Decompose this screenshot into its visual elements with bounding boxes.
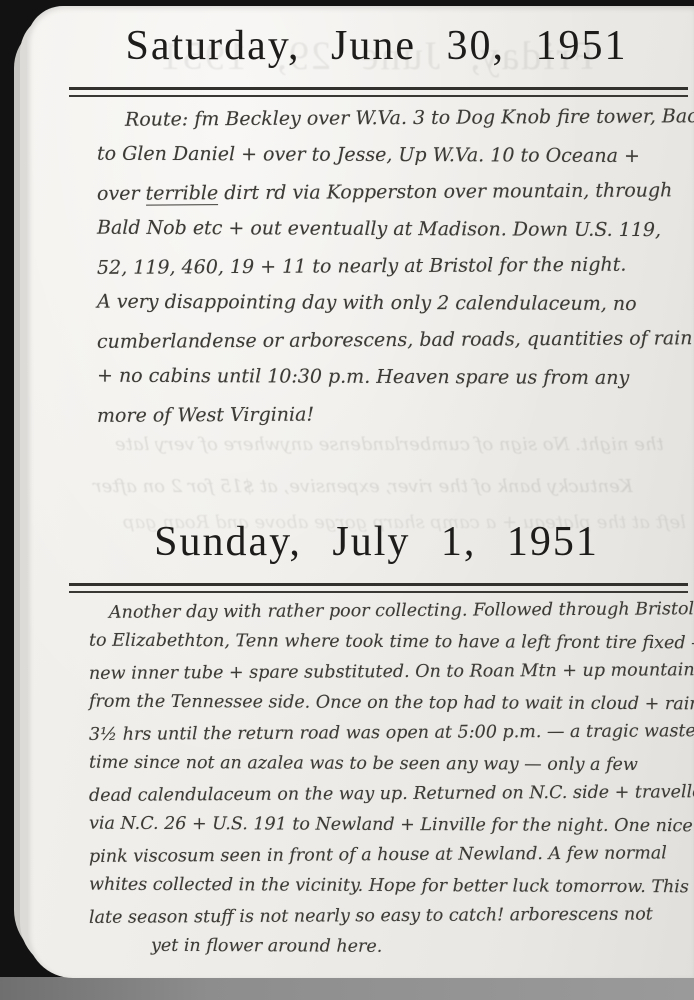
entry-title-sunday: Sunday, July 1, 1951 — [67, 518, 686, 566]
handwriting-line: over terrible dirt rd via Kopperston ove… — [97, 172, 694, 213]
handwriting-line: late season stuff is not nearly so easy … — [89, 899, 694, 933]
handwriting-line: more of West Virginia! — [97, 394, 694, 435]
entry-body-saturday: Route: fm Beckley over W.Va. 3 to Dog Kn… — [97, 100, 694, 433]
handwriting-line: cumberlandense or arborescens, bad roads… — [97, 320, 694, 361]
handwriting-line: via N.C. 26 + U.S. 191 to Newland + Linv… — [89, 808, 694, 841]
entry-body-sunday: Another day with rather poor collecting.… — [89, 596, 694, 962]
handwriting-line: + no cabins until 10:30 p.m. Heaven spar… — [97, 358, 694, 398]
handwriting-line: to Glen Daniel + over to Jesse, Up W.Va.… — [97, 136, 694, 176]
handwriting-line: time since not an azalea was to be seen … — [89, 747, 694, 780]
bleedthrough-line: the night. No sign of cumberlandense any… — [115, 434, 664, 455]
handwriting-line: pink viscosum seen in front of a house a… — [89, 838, 694, 872]
handwriting-line: Route: fm Beckley over W.Va. 3 to Dog Kn… — [97, 98, 694, 139]
double-rule — [69, 87, 688, 97]
handwriting-line: Bald Nob etc + out eventually at Madison… — [97, 210, 694, 250]
handwriting-line: 3½ hrs until the return road was open at… — [89, 716, 694, 750]
handwriting-line: yet in flower around here. — [151, 930, 694, 963]
entry-title-saturday: Saturday, June 30, 1951 — [67, 22, 686, 70]
diary-page: Friday, June 29, 1951 the night. No sign… — [27, 6, 694, 978]
handwriting-line: 52, 119, 460, 19 + 11 to nearly at Brist… — [97, 246, 694, 287]
table-surface — [0, 977, 694, 1000]
scanned-diary-photo: Friday, June 29, 1951 the night. No sign… — [0, 0, 694, 1000]
underlined-word: terrible — [145, 182, 218, 205]
handwriting-line: from the Tennessee side. Once on the top… — [89, 686, 694, 719]
handwriting-line: A very disappointing day with only 2 cal… — [97, 284, 694, 324]
double-rule — [69, 583, 688, 593]
handwriting-line: to Elizabethton, Tenn where took time to… — [89, 625, 694, 658]
bleedthrough-line: Kentucky bank of the river, expensive, a… — [93, 476, 633, 497]
handwriting-line: new inner tube + spare substituted. On t… — [89, 655, 694, 689]
handwriting-line: whites collected in the vicinity. Hope f… — [89, 869, 694, 902]
handwriting-line: dead calendulaceum on the way up. Return… — [89, 777, 694, 811]
handwriting-line: Another day with rather poor collecting.… — [89, 594, 694, 628]
